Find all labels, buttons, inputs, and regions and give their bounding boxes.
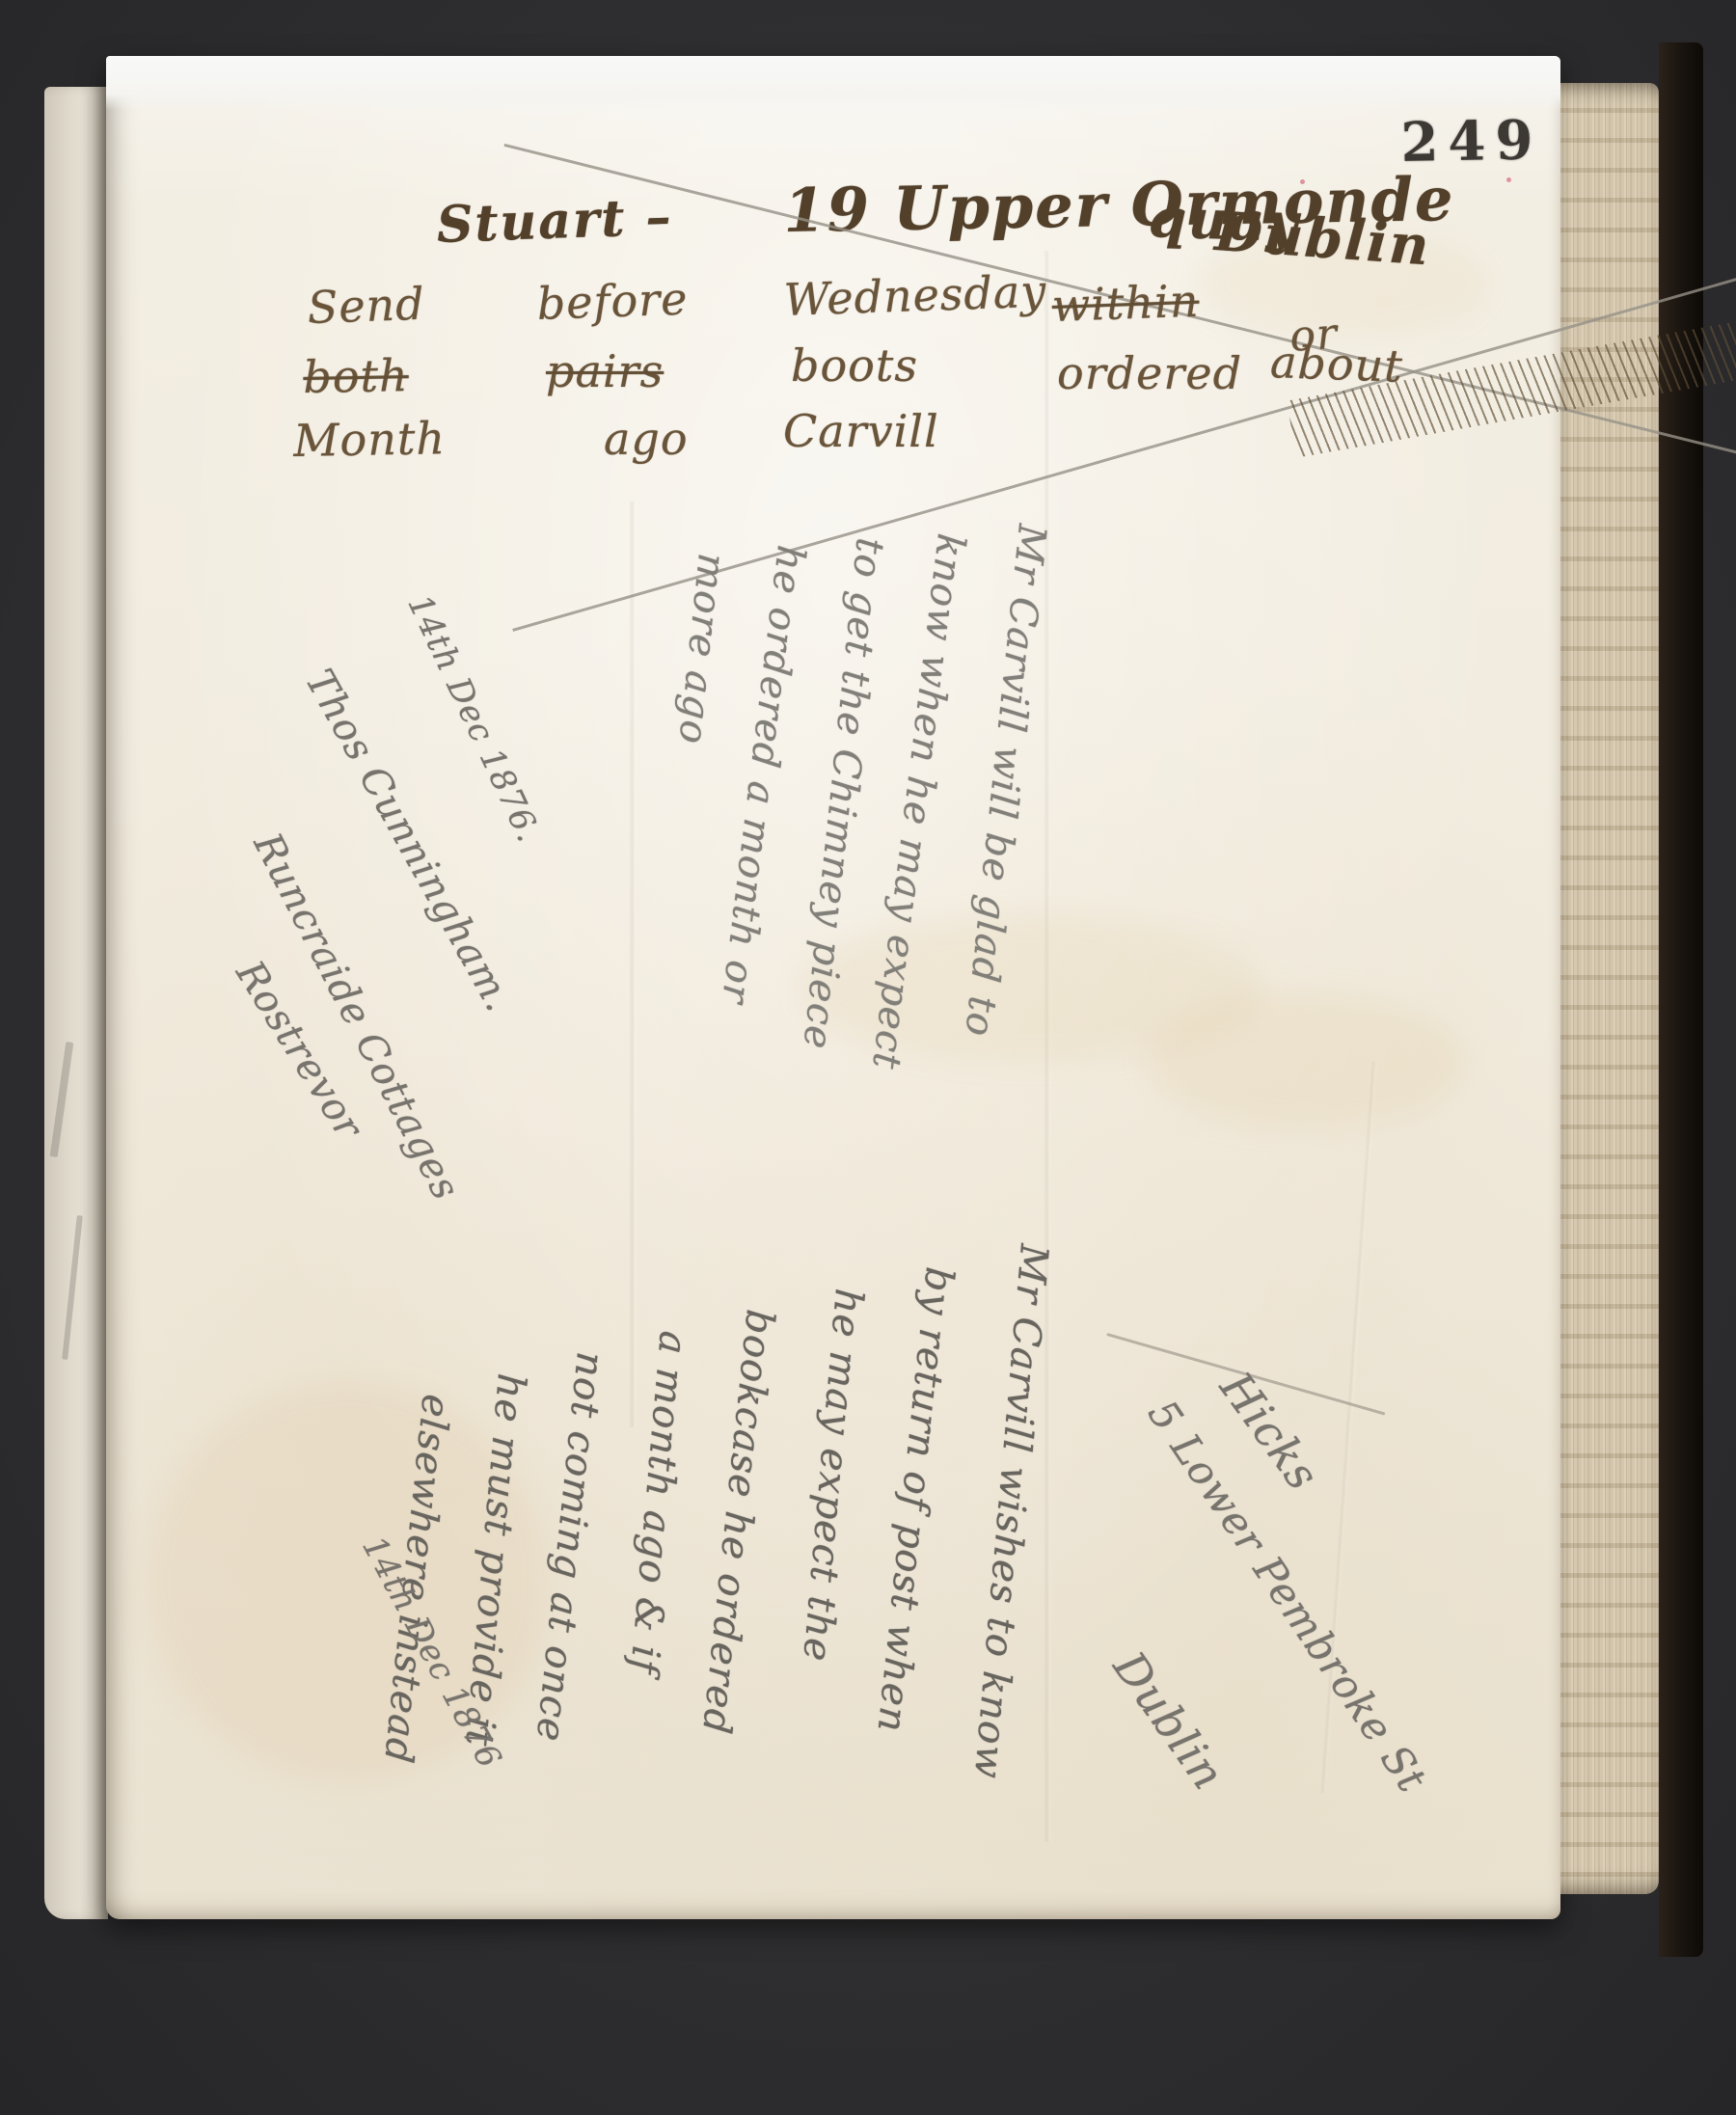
header-city: Dublin	[1213, 204, 1432, 273]
grid-word-send: Send	[307, 282, 425, 330]
grid-word-month: Month	[293, 416, 446, 463]
bleed-through-stain	[1148, 993, 1466, 1128]
grid-word-within-struck: within	[1051, 279, 1200, 328]
facing-page-edge	[44, 87, 108, 1919]
red-speck	[1506, 177, 1511, 182]
grid-word-about: about	[1269, 339, 1403, 389]
grid-word-before: before	[536, 277, 689, 326]
grid-word-ago: ago	[604, 417, 689, 461]
grid-word-both-struck: both	[303, 353, 409, 399]
manuscript-photo: 249 Stuart – 19 Upper Ormonde quay Dubli…	[0, 0, 1736, 2115]
grid-word-ordered: ordered	[1057, 351, 1242, 395]
grid-word-boots: boots	[791, 343, 918, 388]
paper-crease	[629, 502, 638, 1427]
grid-word-carvill: Carvill	[783, 409, 939, 453]
grid-word-wednesday: Wednesday	[783, 268, 1047, 321]
page-number-stamp: 249	[1400, 113, 1543, 170]
header-surname: Stuart –	[436, 192, 673, 251]
page-top-edge-highlight	[106, 56, 1560, 110]
